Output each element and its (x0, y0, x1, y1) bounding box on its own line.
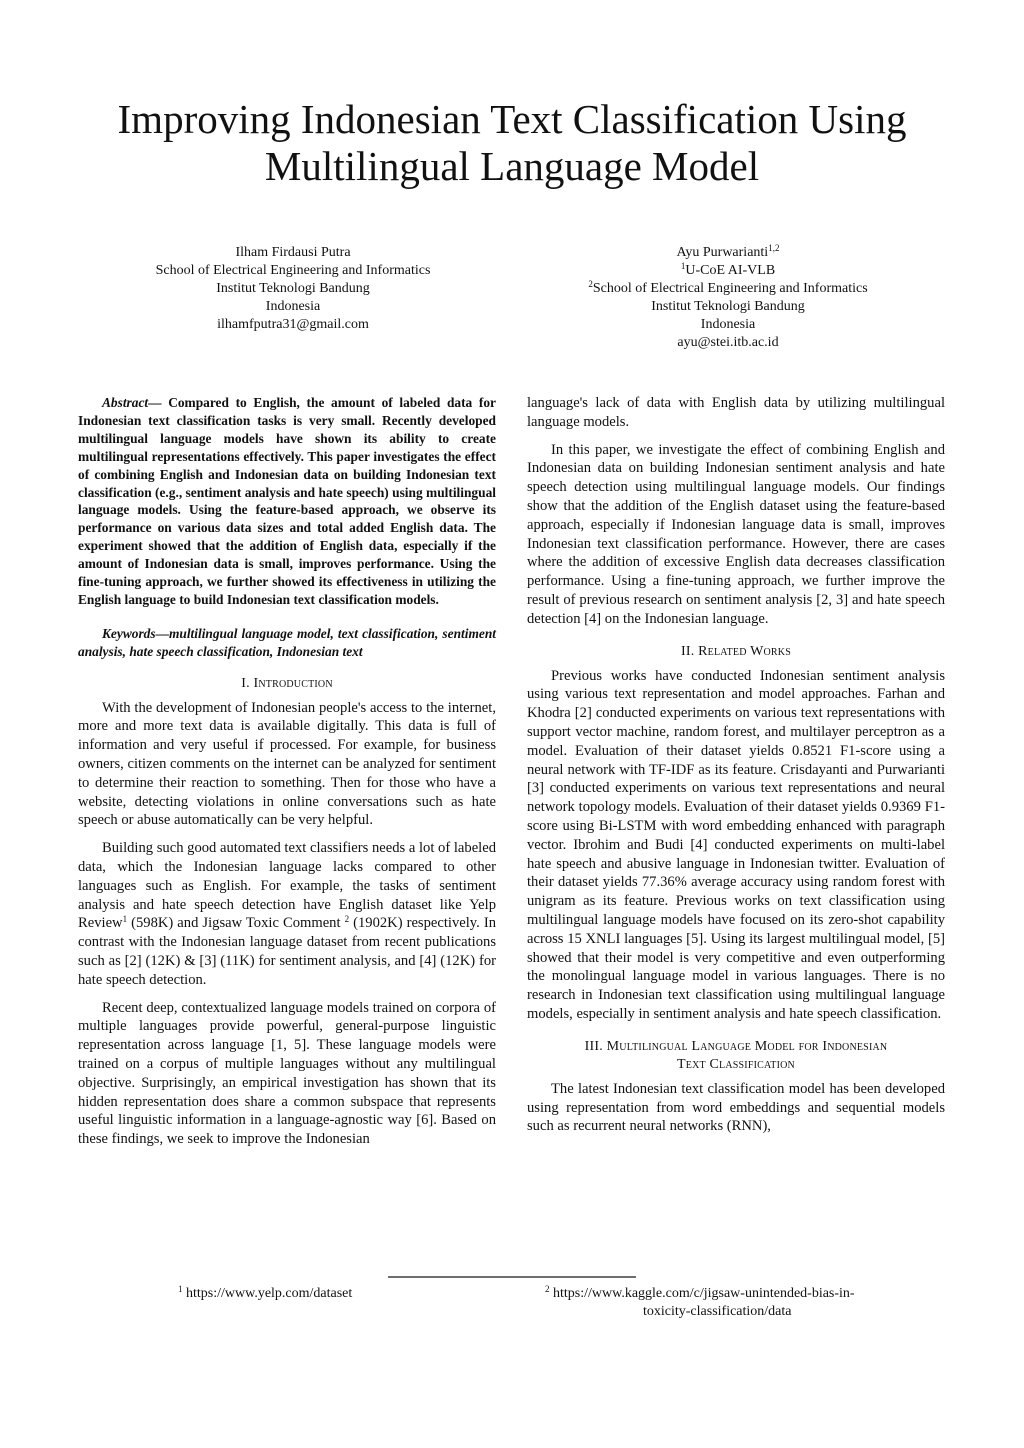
author-affiliation: 1U-CoE AI-VLB (560, 262, 896, 280)
author-affiliation: Indonesia (560, 316, 896, 334)
paper-title: Improving Indonesian Text Classification… (60, 96, 964, 190)
author-block-1: Ilham Firdausi Putra School of Electrica… (130, 244, 456, 334)
paragraph: With the development of Indonesian peopl… (78, 699, 496, 831)
author-affiliation: 2School of Electrical Engineering and In… (560, 280, 896, 298)
paragraph: Recent deep, contextualized language mod… (78, 999, 496, 1149)
author-email[interactable]: ayu@stei.itb.ac.id (560, 334, 896, 352)
left-column: Abstract— Compared to English, the amoun… (78, 394, 496, 1149)
paragraph: The latest Indonesian text classificatio… (527, 1080, 945, 1136)
paragraph: Previous works have conducted Indonesian… (527, 667, 945, 1024)
author-name: Ilham Firdausi Putra (130, 244, 456, 262)
abstract-label: Abstract (102, 395, 148, 410)
footnote-mark: 2 (545, 1284, 550, 1294)
abstract: Abstract— Compared to English, the amoun… (78, 394, 496, 609)
right-column: language's lack of data with English dat… (527, 394, 945, 1136)
author-affiliation: Indonesia (130, 298, 456, 316)
footnote-link-continuation[interactable]: toxicity-classification/data (545, 1303, 945, 1321)
abstract-text: Compared to English, the amount of label… (78, 395, 496, 607)
footnote-1: 1 https://www.yelp.com/dataset (178, 1285, 352, 1303)
keywords: Keywords—multilingual language model, te… (78, 625, 496, 661)
author-affiliation: School of Electrical Engineering and Inf… (130, 262, 456, 280)
footnote-link[interactable]: https://www.yelp.com/dataset (186, 1286, 352, 1301)
footnote-link[interactable]: https://www.kaggle.com/c/jigsaw-unintend… (553, 1286, 855, 1301)
footnote-mark: 1 (178, 1284, 183, 1294)
superscript: 1,2 (768, 243, 779, 253)
author-affiliation: Institut Teknologi Bandung (130, 280, 456, 298)
author-block-2: Ayu Purwarianti1,2 1U-CoE AI-VLB 2School… (560, 244, 896, 352)
author-affiliation: Institut Teknologi Bandung (560, 298, 896, 316)
author-email[interactable]: ilhamfputra31@gmail.com (130, 316, 456, 334)
author-name: Ayu Purwarianti (677, 245, 769, 260)
footnote-2: 2 https://www.kaggle.com/c/jigsaw-uninte… (545, 1285, 945, 1321)
paragraph: Building such good automated text classi… (78, 839, 496, 989)
footnote-divider (388, 1276, 636, 1278)
section-heading-introduction: I. Introduction (78, 675, 496, 693)
author-name-line: Ayu Purwarianti1,2 (560, 244, 896, 262)
section-heading-multilingual-model: III. Multilingual Language Model for Ind… (527, 1038, 945, 1074)
paragraph-continuation: language's lack of data with English dat… (527, 394, 945, 432)
paragraph: In this paper, we investigate the effect… (527, 441, 945, 629)
section-heading-related-works: II. Related Works (527, 643, 945, 661)
